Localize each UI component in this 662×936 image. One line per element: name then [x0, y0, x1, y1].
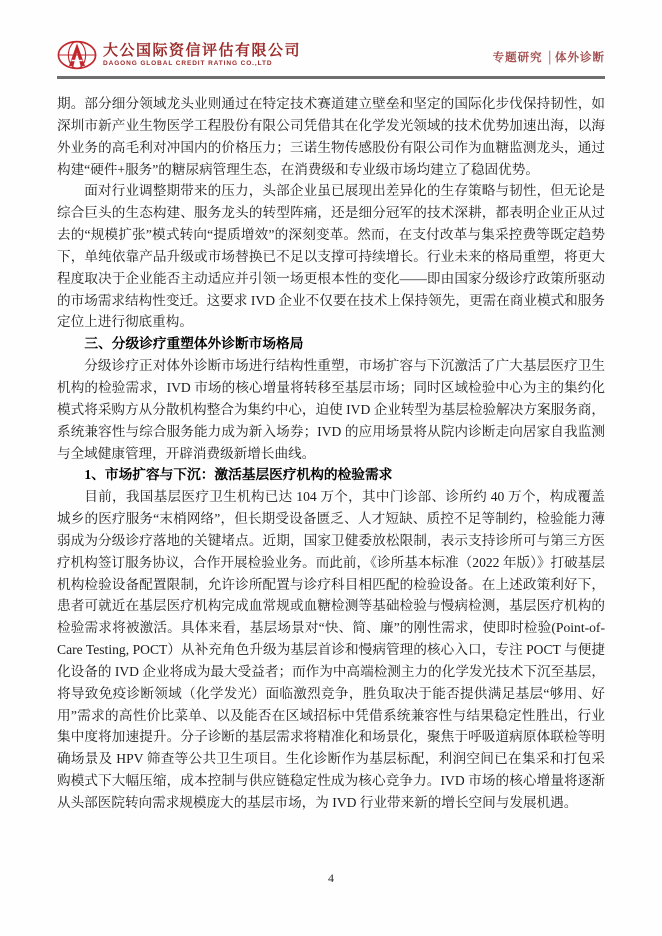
section-heading: 三、分级诊疗重塑体外诊断市场格局	[57, 333, 605, 355]
paragraph: 面对行业调整期带来的压力，头部企业虽已展现出差异化的生存策略与韧性，但无论是综合…	[57, 180, 605, 333]
brand-text: 大公国际资信评估有限公司 DAGONG GLOBAL CREDIT RATING…	[103, 42, 301, 68]
page-header: 大公国际资信评估有限公司 DAGONG GLOBAL CREDIT RATING…	[57, 40, 605, 70]
report-topic-label: 专题研究 │体外诊断	[493, 49, 605, 70]
page-number: 4	[0, 871, 662, 886]
company-name: 大公国际资信评估有限公司	[103, 42, 301, 59]
company-name-en: DAGONG GLOBAL CREDIT RATING CO.,LTD	[103, 59, 301, 68]
paragraph: 目前，我国基层医疗卫生机构已达 104 万个，其中门诊部、诊所约 40 万个，构…	[57, 486, 605, 814]
dagong-globe-logo-icon	[57, 40, 97, 70]
subsection-heading: 1、市场扩容与下沉：激活基层医疗机构的检验需求	[57, 464, 605, 486]
document-body: 期。部分细分领域龙头业则通过在特定技术赛道建立壁垒和坚定的国际化步伐保持韧性，如…	[57, 93, 605, 814]
brand-block: 大公国际资信评估有限公司 DAGONG GLOBAL CREDIT RATING…	[57, 40, 301, 70]
document-page: 大公国际资信评估有限公司 DAGONG GLOBAL CREDIT RATING…	[0, 0, 662, 936]
paragraph: 分级诊疗正对体外诊断市场进行结构性重塑，市场扩容与下沉激活了广大基层医疗卫生机构…	[57, 355, 605, 464]
header-divider	[57, 76, 605, 79]
paragraph: 期。部分细分领域龙头业则通过在特定技术赛道建立壁垒和坚定的国际化步伐保持韧性，如…	[57, 93, 605, 180]
